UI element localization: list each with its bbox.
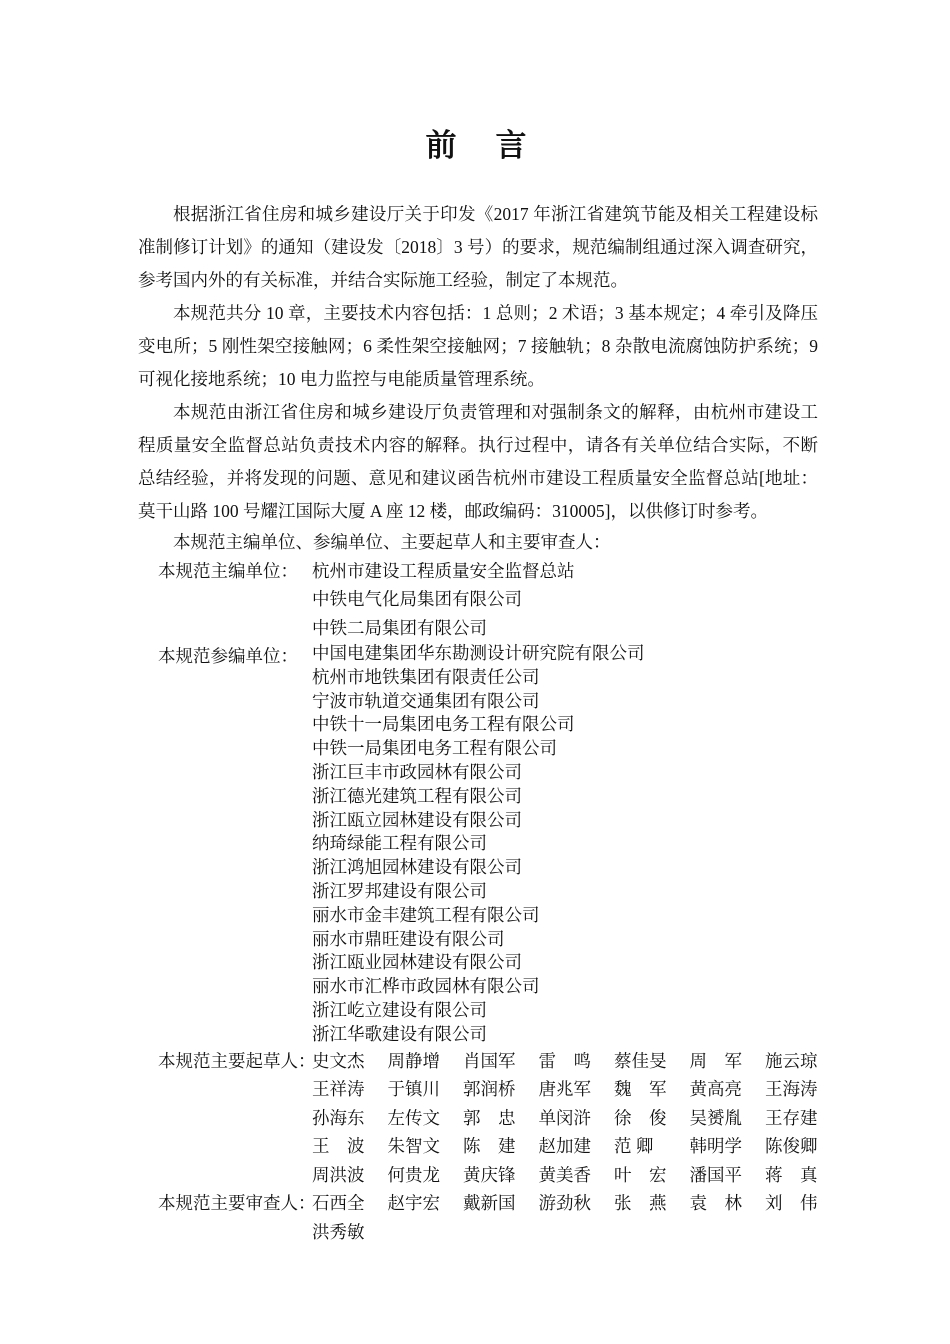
page-title: 前 言 (138, 0, 818, 164)
name-row: 孙海东左传文郭 忠单闵浒徐 俊吴赟胤王存建 (312, 1104, 818, 1133)
name-row: 石西全赵宇宏戴新国游劲秋张 燕袁 林刘 伟 (312, 1189, 818, 1218)
participant-units: 中国电建集团华东勘测设计研究院有限公司杭州市地铁集团有限责任公司宁波市轨道交通集… (312, 642, 818, 1047)
person-name: 范 卿 (614, 1132, 667, 1161)
chief-editor-label: 本规范主编单位： (158, 557, 298, 586)
name-row: 洪秀敏 (312, 1218, 818, 1247)
person-name: 韩明学 (690, 1132, 743, 1161)
unit-name: 丽水市汇桦市政园林有限公司 (312, 975, 818, 999)
unit-name: 中铁电气化局集团有限公司 (312, 585, 818, 614)
person-name: 戴新国 (463, 1189, 516, 1218)
person-name: 于镇川 (388, 1075, 441, 1104)
unit-name: 中铁一局集团电务工程有限公司 (312, 737, 818, 761)
unit-name: 浙江巨丰市政园林有限公司 (312, 761, 818, 785)
person-name: 周洪波 (312, 1161, 365, 1190)
person-name: 王海涛 (765, 1075, 818, 1104)
person-name: 左传文 (388, 1104, 441, 1133)
unit-name: 中国电建集团华东勘测设计研究院有限公司 (312, 642, 818, 666)
person-name: 唐兆军 (539, 1075, 592, 1104)
unit-name: 杭州市地铁集团有限责任公司 (312, 666, 818, 690)
unit-name: 丽水市金丰建筑工程有限公司 (312, 904, 818, 928)
drafters-label: 本规范主要起草人： (158, 1047, 316, 1076)
unit-name: 纳琦绿能工程有限公司 (312, 832, 818, 856)
unit-name: 浙江鸿旭园林建设有限公司 (312, 856, 818, 880)
person-name: 王存建 (765, 1104, 818, 1133)
unit-name: 浙江瓯立园林建设有限公司 (312, 809, 818, 833)
page-content: 前 言 根据浙江省住房和城乡建设厅关于印发《2017 年浙江省建筑节能及相关工程… (138, 0, 818, 1246)
paragraph-basis: 根据浙江省住房和城乡建设厅关于印发《2017 年浙江省建筑节能及相关工程建设标准… (138, 198, 818, 297)
unit-name: 中铁十一局集团电务工程有限公司 (312, 713, 818, 737)
name-row: 史文杰周静增肖国军雷 鸣蔡佳旻周 军施云琼 (312, 1047, 818, 1076)
name-row: 王祥涛于镇川郭润桥唐兆军魏 军黄高亮王海涛 (312, 1075, 818, 1104)
name-row: 王 波朱智文陈 建赵加建范 卿韩明学陈俊卿 (312, 1132, 818, 1161)
roster-section: 本规范主编单位、参编单位、主要起草人和主要审查人： 本规范主编单位： 杭州市建设… (138, 528, 818, 1246)
person-name: 洪秀敏 (312, 1218, 365, 1247)
person-name: 王祥涛 (312, 1075, 365, 1104)
person-name: 周 军 (690, 1047, 743, 1076)
person-name: 石西全 (312, 1189, 365, 1218)
unit-name: 宁波市轨道交通集团有限公司 (312, 690, 818, 714)
person-name: 叶 宏 (614, 1161, 667, 1190)
reviewers-label: 本规范主要审查人： (158, 1189, 316, 1218)
unit-name: 杭州市建设工程质量安全监督总站 (312, 557, 818, 586)
person-name: 朱智文 (388, 1132, 441, 1161)
roster-intro: 本规范主编单位、参编单位、主要起草人和主要审查人： (138, 528, 818, 557)
person-name: 赵加建 (539, 1132, 592, 1161)
person-name: 魏 军 (614, 1075, 667, 1104)
foreword-paragraphs: 根据浙江省住房和城乡建设厅关于印发《2017 年浙江省建筑节能及相关工程建设标准… (138, 198, 818, 528)
person-name: 徐 俊 (614, 1104, 667, 1133)
unit-name: 浙江瓯业园林建设有限公司 (312, 951, 818, 975)
reviewer-name-rows: 石西全赵宇宏戴新国游劲秋张 燕袁 林刘 伟洪秀敏 (312, 1189, 818, 1246)
unit-name: 中铁二局集团有限公司 (312, 614, 818, 643)
person-name: 肖国军 (463, 1047, 516, 1076)
unit-name: 浙江德光建筑工程有限公司 (312, 785, 818, 809)
unit-name: 浙江屹立建设有限公司 (312, 999, 818, 1023)
drafters-block: 本规范主要起草人： 史文杰周静增肖国军雷 鸣蔡佳旻周 军施云琼王祥涛于镇川郭润桥… (138, 1047, 818, 1190)
person-name: 潘国平 (690, 1161, 743, 1190)
paragraph-contents: 本规范共分 10 章，主要技术内容包括：1 总则；2 术语；3 基本规定；4 牵… (138, 297, 818, 396)
person-name: 黄美香 (539, 1161, 592, 1190)
person-name: 刘 伟 (765, 1189, 818, 1218)
person-name: 何贵龙 (388, 1161, 441, 1190)
person-name: 黄高亮 (690, 1075, 743, 1104)
person-name: 袁 林 (690, 1189, 743, 1218)
document-page: 前 言 根据浙江省住房和城乡建设厅关于印发《2017 年浙江省建筑节能及相关工程… (0, 0, 950, 1344)
person-name: 王 波 (312, 1132, 365, 1161)
person-name: 郭 忠 (463, 1104, 516, 1133)
person-name: 游劲秋 (539, 1189, 592, 1218)
person-name: 吴赟胤 (690, 1104, 743, 1133)
chief-editor-block: 本规范主编单位： 杭州市建设工程质量安全监督总站中铁电气化局集团有限公司中铁二局… (138, 557, 818, 643)
person-name: 雷 鸣 (539, 1047, 592, 1076)
person-name: 陈 建 (463, 1132, 516, 1161)
person-name: 单闵浒 (539, 1104, 592, 1133)
person-name: 蔡佳旻 (614, 1047, 667, 1076)
person-name: 蒋 真 (765, 1161, 818, 1190)
person-name: 施云琼 (765, 1047, 818, 1076)
paragraph-management: 本规范由浙江省住房和城乡建设厅负责管理和对强制条文的解释，由杭州市建设工程质量安… (138, 396, 818, 528)
person-name: 黄庆锋 (463, 1161, 516, 1190)
unit-name: 丽水市鼎旺建设有限公司 (312, 928, 818, 952)
unit-name: 浙江罗邦建设有限公司 (312, 880, 818, 904)
drafter-name-rows: 史文杰周静增肖国军雷 鸣蔡佳旻周 军施云琼王祥涛于镇川郭润桥唐兆军魏 军黄高亮王… (312, 1047, 818, 1190)
participants-block: 本规范参编单位： 中国电建集团华东勘测设计研究院有限公司杭州市地铁集团有限责任公… (138, 642, 818, 1047)
person-name: 史文杰 (312, 1047, 365, 1076)
name-row: 周洪波何贵龙黄庆锋黄美香叶 宏潘国平蒋 真 (312, 1161, 818, 1190)
person-name: 陈俊卿 (765, 1132, 818, 1161)
person-name: 孙海东 (312, 1104, 365, 1133)
person-name: 赵宇宏 (388, 1189, 441, 1218)
person-name: 周静增 (388, 1047, 441, 1076)
reviewers-block: 本规范主要审查人： 石西全赵宇宏戴新国游劲秋张 燕袁 林刘 伟洪秀敏 (138, 1189, 818, 1246)
person-name: 张 燕 (614, 1189, 667, 1218)
person-name: 郭润桥 (463, 1075, 516, 1104)
unit-name: 浙江华歌建设有限公司 (312, 1023, 818, 1047)
chief-editor-units: 杭州市建设工程质量安全监督总站中铁电气化局集团有限公司中铁二局集团有限公司 (312, 557, 818, 643)
participants-label: 本规范参编单位： (158, 642, 298, 671)
